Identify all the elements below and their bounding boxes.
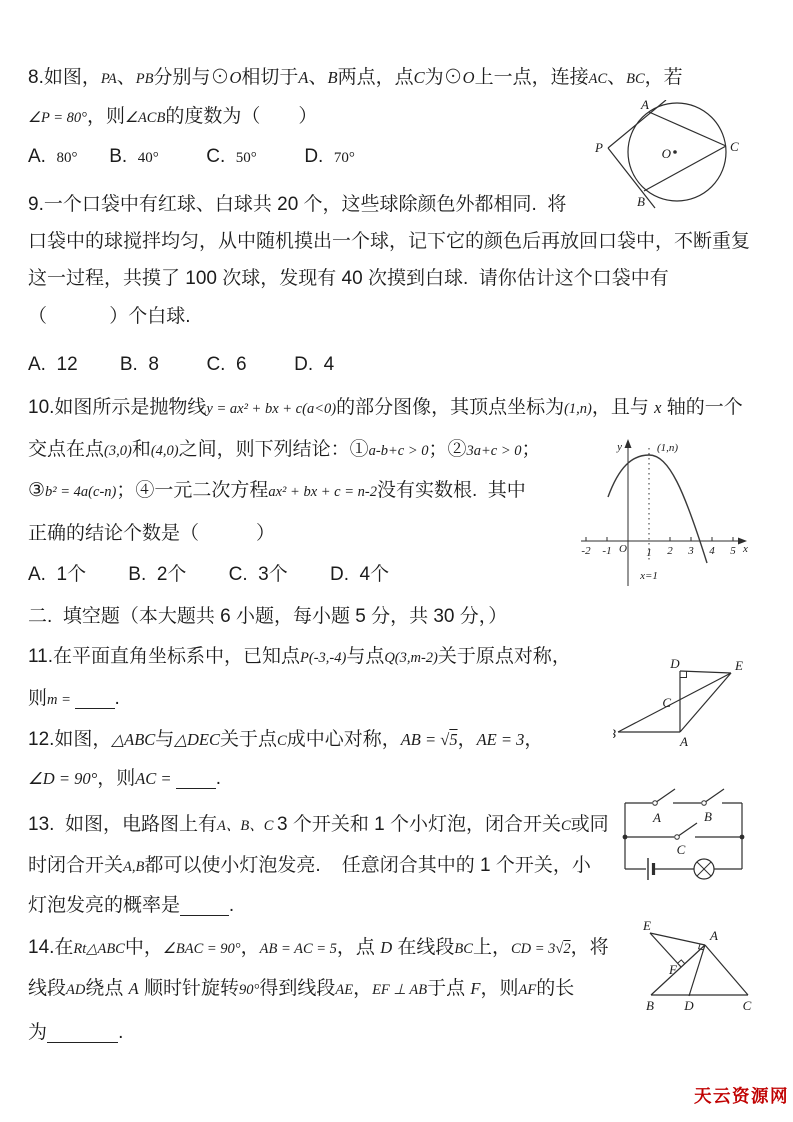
text-seg: EF ⊥ AB [372, 982, 427, 998]
q11-line-2: 则m = . [28, 688, 120, 710]
text-seg: 成中心对称， [287, 729, 401, 750]
text-seg: 二. 填空题（本大题共 6 小题，每小题 5 分，共 30 分，） [28, 606, 507, 627]
text-seg: AD [66, 982, 85, 998]
q14-line-1: 14.在Rt△ABC中，∠BAC = 90°，AB = AC = 5，点 D 在… [28, 937, 609, 959]
q9-line-3: 这一过程，共摸了 100 次球，发现有 40 次摸到白球. 请你估计这个口袋中有 [28, 268, 669, 290]
text-seg: . [216, 768, 221, 789]
text-seg: b² = 4a(c-n) [45, 484, 116, 500]
text-seg: 两点，点 [338, 67, 414, 88]
text-seg: 80° [57, 150, 78, 166]
q9-line-1: 9.一个口袋中有红球、白球共 20 个，这些球除颜色外都相同. 将 [28, 194, 566, 216]
text-seg: 绕点 [85, 978, 128, 999]
text-seg: Q(3,m-2) [384, 650, 438, 666]
text-seg: y = ax² + bx + c(a<0) [206, 401, 336, 417]
text-seg: ③ [28, 480, 45, 501]
switch-A-blade [657, 789, 675, 802]
text-seg: △DEC [174, 730, 220, 749]
text-seg: a-b+c > 0 [369, 443, 429, 459]
text-seg: 5 [449, 730, 457, 749]
text-seg: 于点 [427, 978, 470, 999]
text-seg [180, 898, 229, 916]
text-seg [176, 771, 216, 789]
q13-line-2: 时闭合开关A,B都可以使小灯泡发亮. 任意闭合其中的 1 个开关，小 [28, 855, 591, 877]
text-seg: 上一点，连接 [475, 67, 589, 88]
vertex-label: (1,n) [657, 442, 678, 454]
section-2-header: 二. 填空题（本大题共 6 小题，每小题 5 分，共 30 分，） [28, 606, 507, 628]
text-seg: 灯泡发亮的概率是 [28, 895, 180, 916]
text-seg: 口袋中的球搅拌均匀，从中随机摸出一个球，记下它的颜色后再放回口袋中，不断重复 [28, 231, 750, 252]
text-seg: (1,n) [564, 401, 592, 417]
right-angle-mark-D [680, 672, 687, 678]
text-seg: ∠D = 90° [28, 769, 97, 788]
q8-line-2: ∠P = 80°，则∠ACB的度数为（ ） [28, 106, 317, 128]
text-seg: 的度数为（ ） [165, 106, 317, 127]
tick-4: 4 [709, 545, 715, 557]
q10-parabola-diagram: -2 -1 1 2 3 4 5 O y x (1,n) x=1 [581, 438, 793, 596]
tick-neg2: -2 [581, 545, 591, 557]
text-seg: A、B、C [217, 818, 277, 834]
text-seg: 40° [138, 150, 159, 166]
watermark-text: 天云资源网 [694, 1083, 789, 1108]
q14-triangle-svg: E A F B D C [643, 918, 793, 1016]
text-seg: 在线段 [392, 937, 454, 958]
text-seg: 与点 [346, 646, 384, 667]
text-seg [257, 146, 305, 167]
text-seg: C [414, 68, 425, 87]
q10-line-3: ③b² = 4a(c-n)；④一元二次方程ax² + bx + c = n-2没… [28, 480, 526, 502]
branch-switch-C [623, 823, 745, 839]
junction-left [623, 835, 628, 840]
text-seg: 、 [309, 67, 328, 88]
text-seg: ，将 [571, 937, 609, 958]
text-seg: A [129, 979, 139, 998]
text-seg: 分别与⊙ [153, 67, 229, 88]
text-seg: △ABC [111, 730, 155, 749]
point-label-B: B [613, 726, 616, 741]
point-label-D: D [683, 998, 694, 1013]
text-seg: Rt△ABC [73, 941, 124, 957]
text-seg: A. 1个 B. 2个 C. 3个 D. 4个 [28, 564, 389, 585]
exam-page: { "watermark": {"text": "天云资源网", "color"… [0, 0, 793, 1122]
text-seg: CD = 3√ [511, 941, 563, 957]
text-seg: 的部分图像，其顶点坐标为 [336, 397, 564, 418]
segment-DE [680, 671, 731, 673]
text-seg: ， [353, 978, 372, 999]
text-seg: 正确的结论个数是（ ） [28, 523, 275, 544]
segment-AC [705, 945, 748, 995]
q14-triangle-diagram: E A F B D C [643, 918, 793, 1016]
text-seg [47, 1025, 118, 1043]
text-seg: AB = AC = 5 [260, 941, 337, 957]
text-seg: 与 [155, 729, 174, 750]
q9-line-4: （ ）个白球. [28, 306, 191, 328]
tick-2: 2 [667, 545, 673, 557]
text-seg: F [470, 979, 480, 998]
text-seg: 则 [28, 688, 47, 709]
text-seg: （ ）个白球. [28, 306, 191, 327]
text-seg: 14.在 [28, 937, 73, 958]
tangent-PA [608, 100, 666, 148]
branch-switches-AB [625, 789, 742, 805]
chord-AC [649, 112, 726, 146]
text-seg: 9.一个口袋中有红球、白球共 20 个，这些球除颜色外都相同. 将 [28, 194, 566, 215]
text-seg [75, 691, 115, 709]
text-seg: . [115, 688, 120, 709]
text-seg: A [298, 68, 308, 87]
tick-1: 1 [646, 547, 652, 559]
q12-triangles-diagram: D E C B A [613, 658, 793, 750]
switch-label-A: A [652, 810, 661, 825]
text-seg: ， [241, 937, 260, 958]
segment-AE [680, 673, 731, 732]
text-seg: 12.如图， [28, 729, 111, 750]
q11-line-1: 11.在平面直角坐标系中，已知点P(-3,-4)与点Q(3,m-2)关于原点对称… [28, 646, 571, 668]
text-seg: ∠P = 80° [28, 110, 87, 126]
text-seg: ；④一元二次方程 [116, 480, 268, 501]
text-seg: 得到线段 [259, 978, 335, 999]
center-dot [673, 150, 677, 154]
text-seg: 90° [239, 982, 259, 998]
tick-5: 5 [730, 545, 736, 557]
right-angle-mark-F [678, 960, 685, 964]
text-seg: 轴的一个 [661, 397, 742, 418]
text-seg: D [380, 938, 392, 957]
q12-triangles-svg: D E C B A [613, 658, 793, 750]
text-seg: ∠ACB [125, 110, 165, 126]
text-seg: PB [136, 71, 154, 87]
text-seg: 10.如图所示是抛物线 [28, 397, 206, 418]
switch-B-blade [706, 789, 724, 802]
text-seg: . [229, 895, 234, 916]
text-seg: ∠BAC = 90° [163, 941, 241, 957]
point-label-C: C [730, 139, 739, 154]
text-seg: C. [206, 146, 236, 167]
text-seg: BC [626, 71, 645, 87]
point-label-E: E [734, 658, 743, 673]
switch-C-blade [679, 823, 697, 836]
text-seg: 3 个开关和 1 个小灯泡，闭合开关 [277, 814, 561, 835]
q13-line-1: 13. 如图，电路图上有A、B、C 3 个开关和 1 个小灯泡，闭合开关C或同 [28, 814, 609, 836]
text-seg: C [277, 733, 287, 749]
text-seg: 8.如图， [28, 67, 101, 88]
q10-options: A. 1个 B. 2个 C. 3个 D. 4个 [28, 564, 389, 586]
tick-neg1: -1 [602, 545, 611, 557]
x-axis-label: x [742, 543, 748, 555]
q10-line-1: 10.如图所示是抛物线y = ax² + bx + c(a<0)的部分图像，其顶… [28, 397, 743, 419]
q13-circuit-diagram: A B C [618, 781, 770, 891]
text-seg: 70° [334, 150, 355, 166]
text-seg: AE = 3 [477, 730, 525, 749]
text-seg: C [561, 818, 571, 834]
text-seg: 或同 [571, 814, 609, 835]
text-seg: 没有实数根. 其中 [377, 480, 526, 501]
q14-line-2: 线段AD绕点 A 顺时针旋转90°得到线段AE，EF ⊥ AB于点 F，则AF的… [28, 978, 574, 1000]
y-axis-label: y [616, 441, 622, 453]
branch-battery-lamp [625, 858, 742, 880]
text-seg: B [328, 68, 338, 87]
q9-options: A. 12 B. 8 C. 6 D. 4 [28, 354, 334, 376]
text-seg: ，则 [481, 978, 519, 999]
text-seg: 交点在点 [28, 439, 104, 460]
point-label-F: F [668, 962, 678, 977]
text-seg: 这一过程，共摸了 100 次球，发现有 40 次摸到白球. 请你估计这个口袋中有 [28, 268, 669, 289]
tick-3: 3 [687, 545, 694, 557]
text-seg: ， [524, 729, 543, 750]
text-seg: A. [28, 146, 57, 167]
text-seg: ， [458, 729, 477, 750]
q8-options: A. 80° B. 40° C. 50° D. 70° [28, 146, 355, 168]
text-seg: 上， [473, 937, 511, 958]
segment-EA [650, 933, 705, 945]
text-seg: ，且与 [592, 397, 654, 418]
q9-line-2: 口袋中的球搅拌均匀，从中随机摸出一个球，记下它的颜色后再放回口袋中，不断重复 [28, 231, 750, 253]
text-seg: 2 [563, 941, 570, 957]
origin-label: O [619, 543, 627, 555]
q10-line-2: 交点在点(3,0)和(4,0)之间，则下列结论：①a-b+c > 0；②3a+c… [28, 439, 541, 461]
point-label-P: P [594, 140, 603, 155]
switch-label-B: B [704, 809, 712, 824]
text-seg: 关于点 [220, 729, 277, 750]
text-seg: (3,0) [104, 443, 132, 459]
x-axis-ticks [586, 537, 733, 541]
point-label-B: B [637, 194, 645, 209]
text-seg: AC [589, 71, 608, 87]
text-seg: 时闭合开关 [28, 855, 123, 876]
text-seg: 11.在平面直角坐标系中，已知点 [28, 646, 300, 667]
text-seg: O [229, 68, 241, 87]
text-seg: ；② [428, 439, 466, 460]
text-seg: AF [519, 982, 537, 998]
text-seg: 13. 如图，电路图上有 [28, 814, 217, 835]
text-seg: m = [47, 692, 75, 708]
q10-parabola-svg: -2 -1 1 2 3 4 5 O y x (1,n) x=1 [581, 438, 793, 596]
text-seg: D. [304, 146, 334, 167]
text-seg: BC [454, 941, 473, 957]
switch-label-C: C [677, 842, 686, 857]
text-seg: ； [522, 439, 541, 460]
q14-line-3: 为 . [28, 1022, 123, 1044]
text-seg: 为⊙ [425, 67, 463, 88]
tangent-PB [608, 148, 655, 208]
segment-BE [618, 673, 731, 732]
text-seg: A,B [123, 859, 144, 875]
point-label-C: C [662, 695, 671, 710]
point-label-A: A [679, 734, 688, 749]
point-label-D: D [669, 658, 680, 671]
text-seg: ，点 [337, 937, 380, 958]
text-seg: B. [109, 146, 138, 167]
text-seg: A. 12 B. 8 C. 6 D. 4 [28, 354, 334, 375]
text-seg: 为 [28, 1022, 47, 1043]
text-seg: (4,0) [151, 443, 179, 459]
text-seg [78, 146, 110, 167]
q8-circle-svg: A P B C O [585, 100, 793, 214]
point-label-A: A [709, 928, 718, 943]
text-seg: . [118, 1022, 123, 1043]
text-seg: ，则 [87, 106, 125, 127]
text-seg: AE [335, 982, 353, 998]
circle-O [628, 103, 726, 201]
point-label-B: B [646, 998, 654, 1013]
text-seg: PA [101, 71, 117, 87]
text-seg: 线段 [28, 978, 66, 999]
q13-circuit-svg: A B C [618, 781, 770, 891]
text-seg: 、 [607, 67, 626, 88]
point-label-E: E [643, 918, 651, 933]
text-seg: ，则 [97, 768, 135, 789]
y-axis-arrow [625, 439, 632, 448]
text-seg: 顺时针旋转 [139, 978, 239, 999]
text-seg: 都可以使小灯泡发亮. 任意闭合其中的 1 个开关，小 [144, 855, 591, 876]
q13-line-3: 灯泡发亮的概率是 . [28, 895, 234, 917]
text-seg: 之间，则下列结论：① [179, 439, 369, 460]
q8-circle-diagram: A P B C O [585, 100, 793, 214]
q10-line-4: 正确的结论个数是（ ） [28, 523, 275, 545]
text-seg: AC = [135, 769, 175, 788]
text-seg: 关于原点对称， [438, 646, 571, 667]
text-seg: O [463, 68, 475, 87]
text-seg: 和 [132, 439, 151, 460]
text-seg: 相切于 [241, 67, 298, 88]
center-label-O: O [662, 146, 672, 161]
junction-right [740, 835, 745, 840]
q12-line-2: ∠D = 90°，则AC = . [28, 768, 221, 790]
q8-line-1: 8.如图，PA、PB分别与⊙O相切于A、B两点，点C为⊙O上一点，连接AC、BC… [28, 67, 683, 89]
text-seg [159, 146, 207, 167]
point-label-C: C [743, 998, 752, 1013]
text-seg: P(-3,-4) [300, 650, 346, 666]
symmetry-axis-label: x=1 [639, 570, 658, 582]
point-label-A: A [640, 100, 649, 112]
text-seg: 中， [125, 937, 163, 958]
text-seg: 、 [117, 67, 136, 88]
text-seg: AB = √ [401, 730, 450, 749]
text-seg: 50° [236, 150, 257, 166]
text-seg: 的长 [536, 978, 574, 999]
q12-line-1: 12.如图，△ABC与△DEC关于点C成中心对称，AB = √5，AE = 3， [28, 729, 543, 751]
text-seg: ，若 [645, 67, 683, 88]
text-seg: ax² + bx + c = n-2 [268, 484, 377, 500]
text-seg: 3a+c > 0 [467, 443, 522, 459]
